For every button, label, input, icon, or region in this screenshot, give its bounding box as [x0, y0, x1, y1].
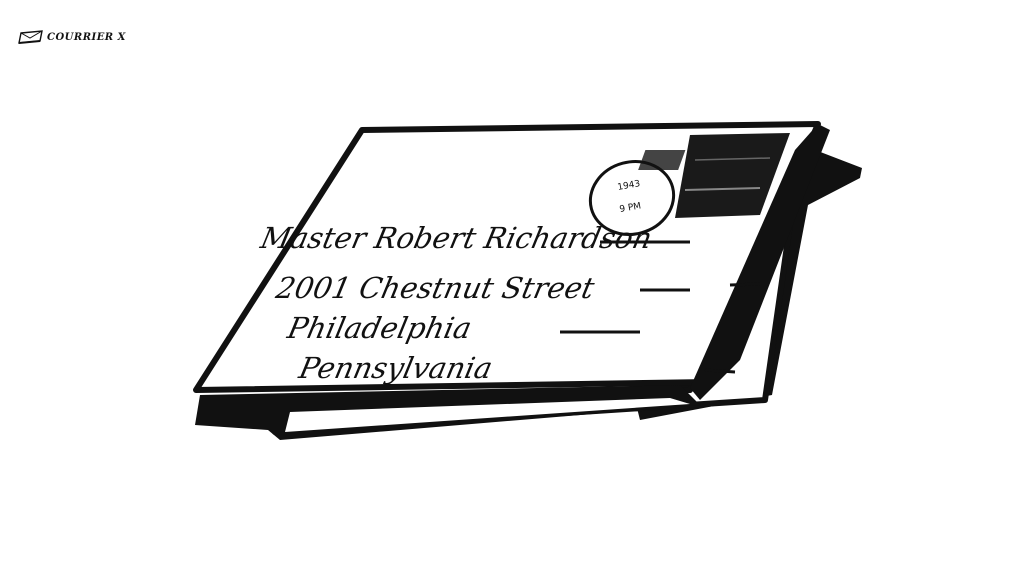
address-line-street: 2001 Chestnut Street: [272, 271, 597, 305]
envelope-illustration: 1943 9 PM Master Robert Richardson 2001 …: [0, 0, 1024, 576]
address-line-state: Pennsylvania: [295, 351, 495, 385]
address-line-name: Master Robert Richardson: [257, 221, 655, 255]
address-line-city: Philadelphia: [284, 311, 475, 345]
